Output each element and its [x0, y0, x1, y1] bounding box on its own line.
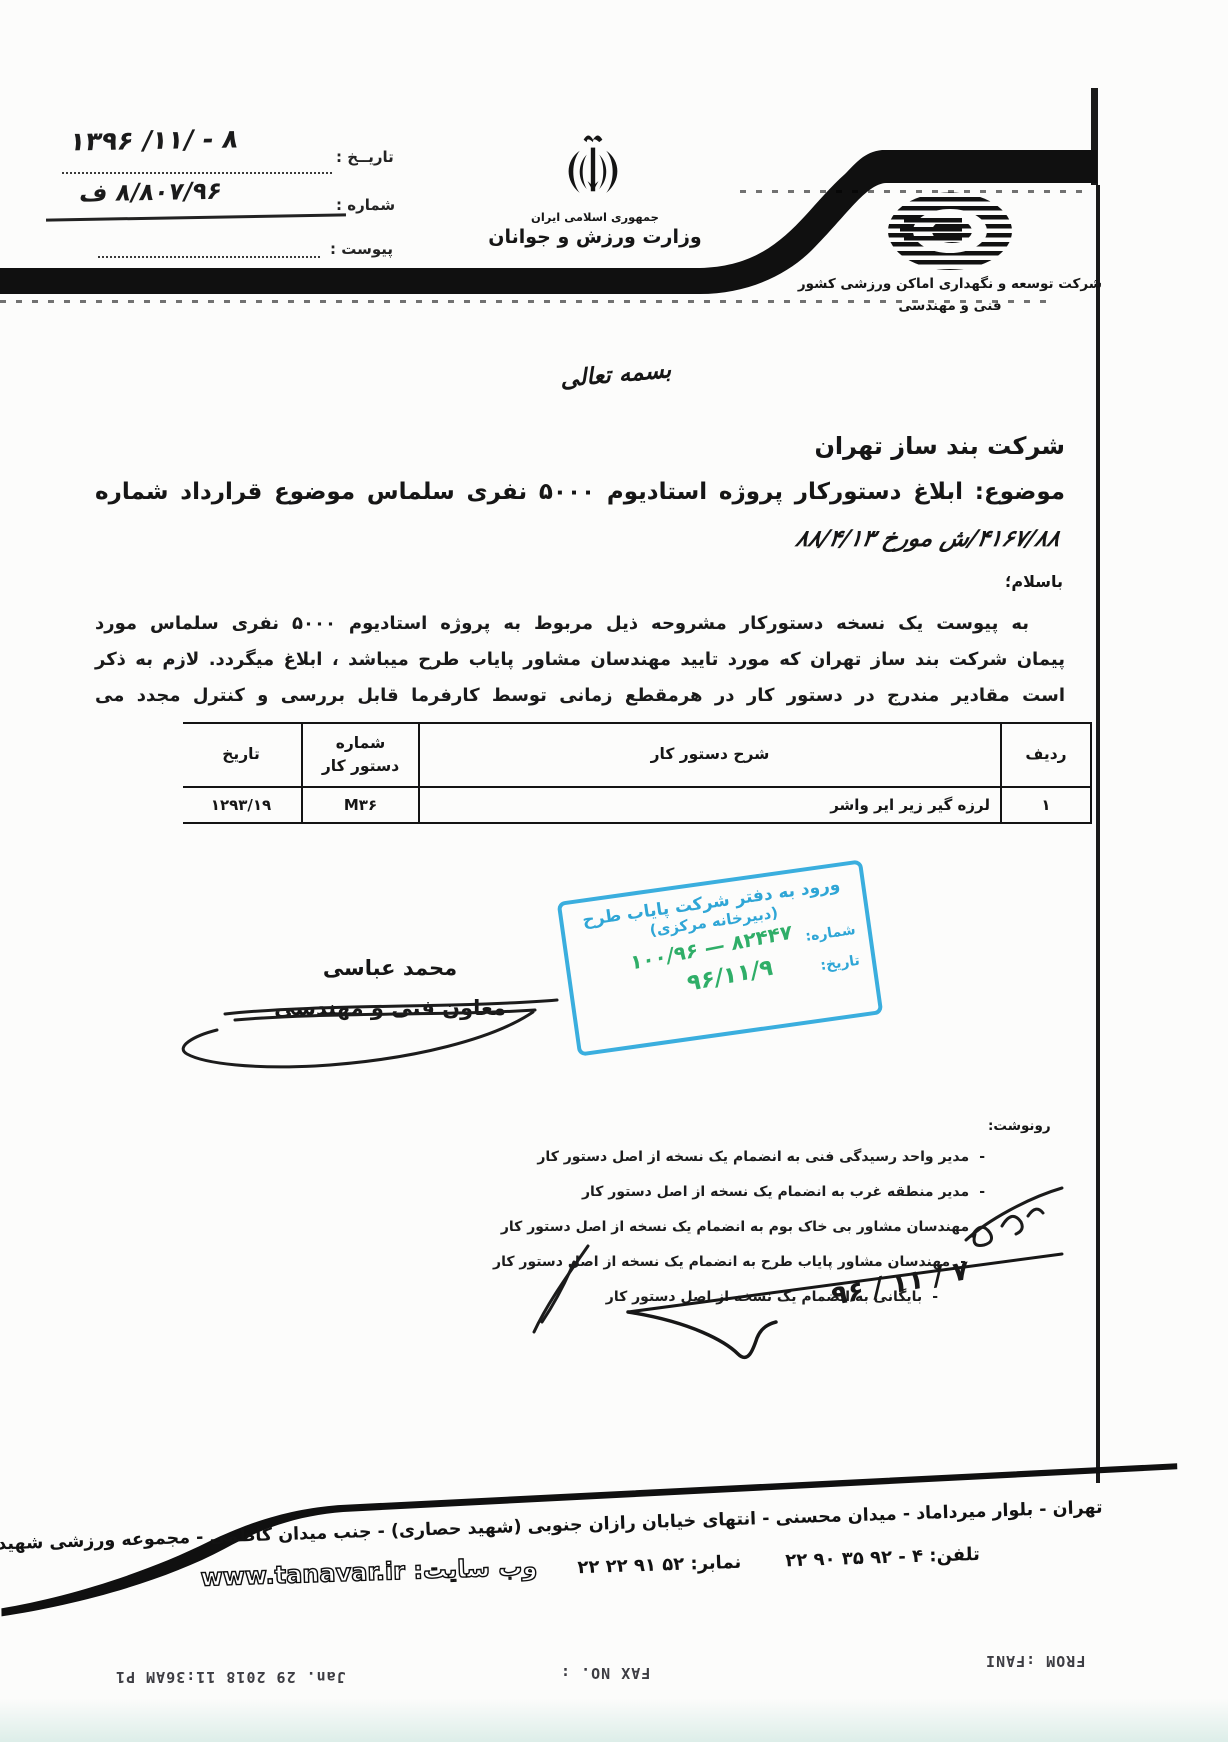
cc-item-1: -مدیر واحد رسیدگی فنی به انضمام یک نسخه … — [537, 1140, 985, 1175]
work-order-table: ردیف شرح دستور کار شماره دستور کار تاریخ… — [183, 722, 1092, 824]
cc-item-2: -مدیر منطقه غرب به انضمام یک نسخه از اصل… — [582, 1175, 985, 1210]
footer-block: تهران - بلوار میرداماد - میدان محسنی - ا… — [0, 1450, 1228, 1671]
fax-from: FROM :FANI — [985, 1652, 1085, 1670]
body-line-1: به پیوست یک نسخه دستورکار مشروحه ذیل مرب… — [95, 606, 1065, 642]
footer-fax: نمابر: ۵۲ ۹۱ ۲۲ ۲۲ — [577, 1552, 741, 1578]
scanned-fax-document: تاریــخ : ۸ - /۱۱/ ۱۳۹۶ شماره : ۸/۸۰۷/۹۶… — [0, 0, 1228, 1742]
company-name-line2: فنی و مهندسی — [790, 298, 1110, 314]
table-header-date: تاریخ — [181, 724, 301, 786]
table-cell-number: M۳۶ — [303, 788, 418, 822]
table-header-row-no: ردیف — [1002, 724, 1090, 786]
scan-edge-line — [1096, 185, 1100, 1483]
body-line-2: پیمان شرکت بند ساز تهران که مورد تایید م… — [95, 642, 1065, 678]
salutation: باسلام؛ — [1005, 572, 1063, 591]
margin-scribble-left — [526, 1240, 596, 1340]
table-header-number: شماره دستور کار — [303, 724, 418, 786]
table-cell-date: ۱۲۹۳/۱۹ — [181, 788, 301, 822]
signature-scribble — [165, 968, 565, 1078]
fax-number: FAX NO. : — [560, 1664, 650, 1682]
besmellah-text: بسمه تعالی — [559, 357, 672, 393]
table-cell-description: لرزه گیر زیر ایر واشر — [420, 788, 1000, 822]
cc-label: رونوشت: — [988, 1118, 1051, 1134]
stamp-date-label: تاریخ: — [819, 953, 860, 974]
cc-bullet: - — [979, 1149, 985, 1165]
entry-stamp: ورود به دفتر شرکت پایاب طرح (دبیرخانه مر… — [557, 859, 884, 1056]
scan-noise-strip — [0, 1698, 1228, 1742]
subject-line: موضوع: ابلاغ دستورکار پروژه استادیوم ۵۰۰… — [95, 479, 1065, 505]
table-header-description: شرح دستور کار — [420, 724, 1000, 786]
subject-line2: ۴۱۶۷/۸۸/ش مورخ ۸۸/۴/۱۳ — [793, 526, 1062, 552]
recipient-line: شرکت بند ساز تهران — [814, 432, 1065, 460]
fax-timestamp: Jan. 29 2018 11:36AM P1 — [115, 1668, 346, 1686]
stamp-number-label: شماره: — [804, 922, 856, 945]
company-name-line1: شرکت توسعه و نگهداری اماکن ورزشی کشور — [790, 276, 1110, 292]
table-cell-row-no: ۱ — [1002, 788, 1090, 822]
company-logo-icon — [878, 188, 1020, 274]
